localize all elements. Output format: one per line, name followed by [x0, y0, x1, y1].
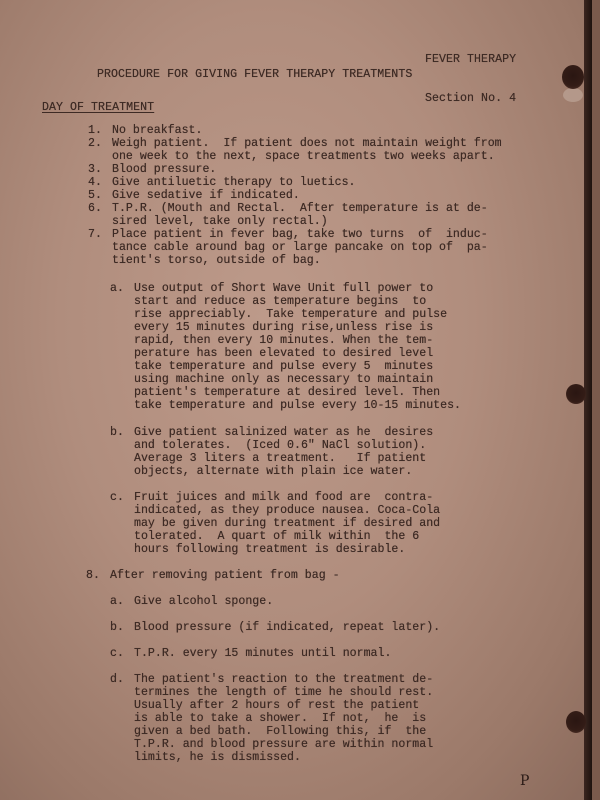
step-item: 6.T.P.R. (Mouth and Rectal. After temper… [88, 202, 502, 228]
substep-text: Fruit juices and milk and food are contr… [134, 491, 440, 556]
step-text: Blood pressure. [112, 163, 216, 176]
punch-hole-top [562, 65, 584, 89]
step-text: No breakfast. [112, 124, 202, 137]
step-item: 3.Blood pressure. [88, 163, 502, 176]
step-number: 7. [88, 228, 112, 267]
header-line-1: FEVER THERAPY [425, 53, 516, 66]
punch-hole-bottom [566, 711, 586, 733]
step-item: 1.No breakfast. [88, 124, 502, 137]
step-item: 7.Place patient in fever bag, take two t… [88, 228, 502, 267]
step-text: T.P.R. (Mouth and Rectal. After temperat… [112, 202, 488, 228]
substep-letter: b. [110, 426, 134, 478]
substep-item: b.Give patient salinized water as he des… [110, 426, 433, 478]
substep-item: c.T.P.R. every 15 minutes until normal. [110, 647, 391, 660]
header-line-2: Section No. 4 [425, 92, 516, 105]
substep-item: d.The patient's reaction to the treatmen… [110, 673, 433, 764]
substep-letter: a. [110, 282, 134, 412]
step-item: 8.After removing patient from bag - [86, 569, 340, 582]
step-number: 6. [88, 202, 112, 228]
step-number: 8. [86, 569, 110, 582]
substep-text: The patient's reaction to the treatment … [134, 673, 433, 764]
step-text: Place patient in fever bag, take two tur… [112, 228, 488, 267]
step-item: 4.Give antiluetic therapy to luetics. [88, 176, 502, 189]
page-edge-shadow [584, 0, 592, 800]
substep-text: Use output of Short Wave Unit full power… [134, 282, 461, 412]
step-item: 2.Weigh patient. If patient does not mai… [88, 137, 502, 163]
substep-letter: c. [110, 647, 134, 660]
step-number: 3. [88, 163, 112, 176]
substep-item: a.Give alcohol sponge. [110, 595, 273, 608]
substep-letter: c. [110, 491, 134, 556]
substep-text: Give alcohol sponge. [134, 595, 273, 608]
document-title: PROCEDURE FOR GIVING FEVER THERAPY TREAT… [97, 68, 412, 81]
substep-text: Give patient salinized water as he desir… [134, 426, 433, 478]
step-text: Weigh patient. If patient does not maint… [112, 137, 502, 163]
step-text: Give antiluetic therapy to luetics. [112, 176, 356, 189]
step-number: 5. [88, 189, 112, 202]
substep-letter: d. [110, 673, 134, 764]
step-text: After removing patient from bag - [110, 569, 340, 582]
section-heading: DAY OF TREATMENT [42, 101, 154, 114]
substep-item: a.Use output of Short Wave Unit full pow… [110, 282, 461, 412]
substep-letter: b. [110, 621, 134, 634]
document-page: FEVER THERAPY Section No. 4 PROCEDURE FO… [0, 0, 592, 800]
substep-item: b.Blood pressure (if indicated, repeat l… [110, 621, 440, 634]
step-text: Give sedative if indicated. [112, 189, 300, 202]
step-number: 1. [88, 124, 112, 137]
substep-item: c.Fruit juices and milk and food are con… [110, 491, 440, 556]
step-number: 2. [88, 137, 112, 163]
punch-hole-ring [563, 88, 583, 102]
corner-handwritten-mark: P [520, 773, 529, 789]
steps-list: 1.No breakfast. 2.Weigh patient. If pati… [88, 124, 502, 267]
substep-text: Blood pressure (if indicated, repeat lat… [134, 621, 440, 634]
step-item: 5.Give sedative if indicated. [88, 189, 502, 202]
substep-letter: a. [110, 595, 134, 608]
substep-text: T.P.R. every 15 minutes until normal. [134, 647, 391, 660]
document-header: FEVER THERAPY Section No. 4 [425, 27, 516, 131]
step-number: 4. [88, 176, 112, 189]
punch-hole-middle [566, 384, 586, 404]
